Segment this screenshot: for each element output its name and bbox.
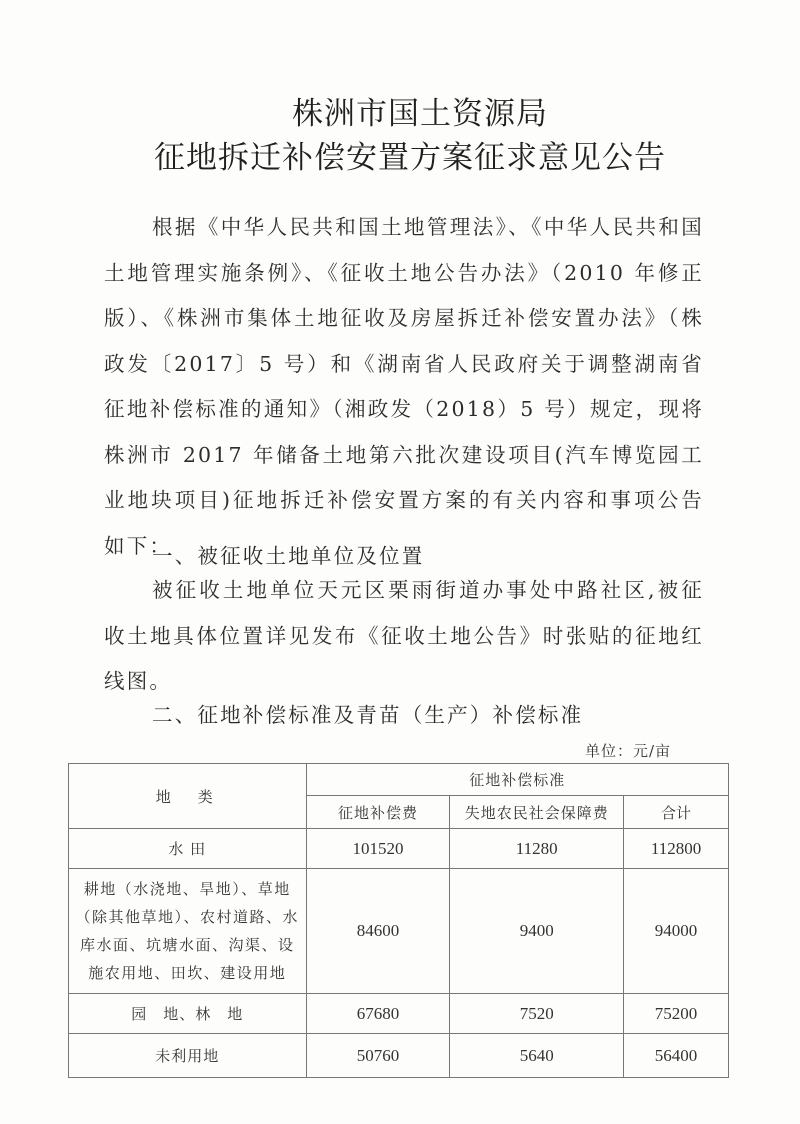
intro-paragraph: 根据《中华人民共和国土地管理法》、《中华人民共和国土地管理实施条例》、《征收土地… (104, 205, 704, 569)
table-row: 未利用地 50760 5640 56400 (69, 1034, 729, 1078)
document-title-line2: 征地拆迁补偿安置方案征求意见公告 (10, 132, 800, 177)
cell-compensation: 84600 (306, 869, 450, 994)
compensation-table: 地 类 征地补偿标准 征地补偿费 失地农民社会保障费 合计 水 田 101520… (68, 763, 729, 1078)
cell-land-type: 园 地、林 地 (69, 994, 307, 1034)
document-title-line1: 株洲市国土资源局 (20, 88, 800, 133)
header-social-security: 失地农民社会保障费 (450, 796, 624, 829)
cell-total: 75200 (624, 994, 729, 1034)
unit-label: 单位：元/亩 (585, 740, 671, 761)
header-group: 征地补偿标准 (306, 764, 728, 796)
cell-social-security: 7520 (450, 994, 624, 1034)
table-row: 园 地、林 地 67680 7520 75200 (69, 994, 729, 1034)
cell-land-type: 水 田 (69, 829, 307, 869)
header-land-type: 地 类 (69, 764, 307, 829)
cell-social-security: 5640 (450, 1034, 624, 1078)
cell-compensation: 67680 (306, 994, 450, 1034)
section2-heading: 二、征地补偿标准及青苗（生产）补偿标准 (152, 698, 583, 728)
cell-land-type: 耕地（水浇地、旱地）、草地（除其他草地）、农村道路、水库水面、坑塘水面、沟渠、设… (69, 869, 307, 994)
header-total: 合计 (624, 796, 729, 829)
cell-total: 56400 (624, 1034, 729, 1078)
cell-total: 94000 (624, 869, 729, 994)
table-row: 耕地（水浇地、旱地）、草地（除其他草地）、农村道路、水库水面、坑塘水面、沟渠、设… (69, 869, 729, 994)
table-row: 水 田 101520 11280 112800 (69, 829, 729, 869)
cell-social-security: 9400 (450, 869, 624, 994)
section1-paragraph: 被征收土地单位天元区栗雨街道办事处中路社区,被征收土地具体位置详见发布《征收土地… (104, 568, 704, 705)
cell-compensation: 101520 (306, 829, 450, 869)
cell-social-security: 11280 (450, 829, 624, 869)
cell-total: 112800 (624, 829, 729, 869)
header-compensation: 征地补偿费 (306, 796, 450, 829)
cell-compensation: 50760 (306, 1034, 450, 1078)
section1-heading: 一、被征收土地单位及位置 (152, 539, 424, 569)
cell-land-type: 未利用地 (69, 1034, 307, 1078)
